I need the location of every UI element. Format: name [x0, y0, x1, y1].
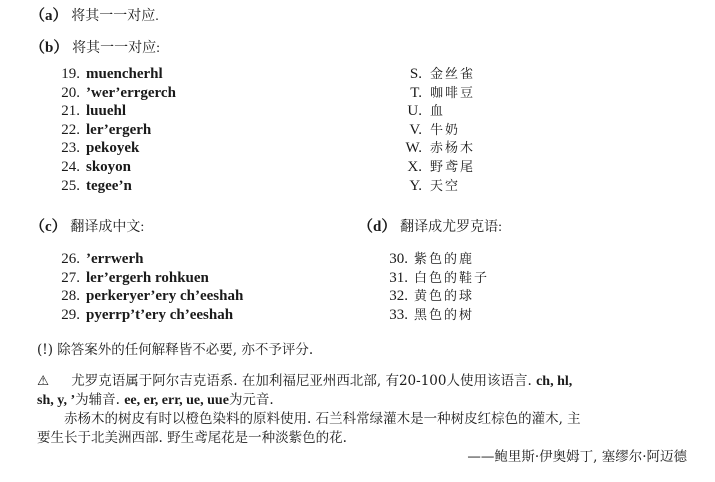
info-line-1: ⚠ 尤罗克语属于阿尔吉克语系. 在加利福尼亚州西北部, 有20-100人使用该语…: [37, 372, 572, 391]
list-item: 22.ler’ergerh: [52, 120, 176, 139]
part-a-label: （a）: [30, 8, 68, 24]
part-b-word-list: 19.muencherhl 20.’wer’errgerch 21.luuehl…: [52, 64, 176, 194]
list-item: 30.紫色的鹿: [380, 249, 489, 268]
attribution: ——鲍里斯·伊奥姆丁, 塞缪尔·阿迈德: [467, 448, 687, 467]
part-a-instruction: 将其一一对应.: [71, 9, 159, 24]
option-item: Y.天空: [398, 176, 475, 195]
list-item: 20.’wer’errgerch: [52, 83, 176, 102]
part-d-instruction: 翻译成尤罗克语:: [400, 220, 502, 235]
part-d-phrase-list: 30.紫色的鹿 31.白色的鞋子 32.黄色的球 33.黑色的树: [380, 249, 489, 323]
info-line-4: 要生长于北美洲西部. 野生鸢尾花是一种淡紫色的花.: [37, 429, 347, 448]
part-a-heading: （a） 将其一一对应.: [30, 4, 159, 25]
part-b-heading: （b） 将其一一对应:: [30, 36, 160, 57]
info-line-2: sh, y, ’为辅音. ee, er, err, ue, uue为元音.: [37, 391, 274, 410]
list-item: 29.pyerrp’t’ery ch’eeshah: [52, 305, 243, 324]
option-item: W.赤杨木: [398, 138, 475, 157]
option-item: V.牛奶: [398, 120, 475, 139]
list-item: 27.ler’ergerh rohkuen: [52, 268, 243, 287]
option-item: T.咖啡豆: [398, 83, 475, 102]
list-item: 28.perkeryer’ery ch’eeshah: [52, 286, 243, 305]
list-item: 32.黄色的球: [380, 286, 489, 305]
part-b-instruction: 将其一一对应:: [72, 41, 160, 56]
info-line-3: 赤杨木的树皮有时以橙色染料的原料使用. 石兰科常绿灌木是一种树皮红棕色的灌木, …: [64, 410, 581, 429]
part-d-heading: （d） 翻译成尤罗克语:: [358, 215, 502, 236]
part-c-label: （c）: [30, 219, 67, 235]
part-c-heading: （c） 翻译成中文:: [30, 215, 144, 236]
option-item: S.金丝雀: [398, 64, 475, 83]
part-c-instruction: 翻译成中文:: [70, 220, 144, 235]
list-item: 19.muencherhl: [52, 64, 176, 83]
grading-note: (!) 除答案外的任何解释皆不必要, 亦不予评分.: [37, 341, 313, 360]
option-item: X.野鸢尾: [398, 157, 475, 176]
list-item: 31.白色的鞋子: [380, 268, 489, 287]
list-item: 33.黑色的树: [380, 305, 489, 324]
option-item: U.血: [398, 101, 475, 120]
part-d-label: （d）: [358, 219, 396, 235]
list-item: 25.tegee’n: [52, 176, 176, 195]
list-item: 21.luuehl: [52, 101, 176, 120]
list-item: 23.pekoyek: [52, 138, 176, 157]
part-b-label: （b）: [30, 40, 68, 56]
warning-icon: ⚠: [37, 372, 55, 391]
list-item: 26.’errwerh: [52, 249, 243, 268]
part-c-word-list: 26.’errwerh 27.ler’ergerh rohkuen 28.per…: [52, 249, 243, 323]
list-item: 24.skoyon: [52, 157, 176, 176]
part-b-option-list: S.金丝雀 T.咖啡豆 U.血 V.牛奶 W.赤杨木 X.野鸢尾 Y.天空: [398, 64, 475, 194]
